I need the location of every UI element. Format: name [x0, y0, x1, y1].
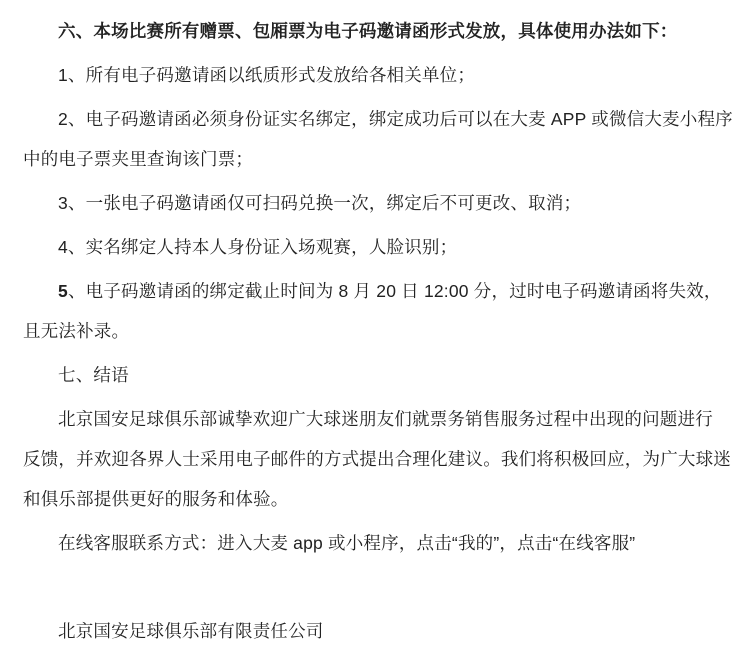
text-line	[23, 567, 727, 607]
bold-item-number: 5	[58, 281, 68, 301]
section-7-heading: 七、结语	[23, 355, 727, 395]
text-line: 和俱乐部提供更好的服务和体验。	[23, 479, 727, 519]
item-1: 1、所有电子码邀请函以纸质形式发放给各相关单位；	[23, 55, 727, 95]
item-2: 2、电子码邀请函必须身份证实名绑定，绑定成功后可以在大麦 APP 或微信大麦小程…	[23, 99, 727, 179]
text-line: 且无法补录。	[23, 311, 727, 351]
document-page: 六、本场比赛所有赠票、包厢票为电子码邀请函形式发放，具体使用办法如下：1、所有电…	[0, 0, 750, 664]
text-line: 北京国安足球俱乐部诚挚欢迎广大球迷朋友们就票务销售服务过程中出现的问题进行	[23, 399, 727, 439]
item-4: 4、实名绑定人持本人身份证入场观赛，人脸识别；	[23, 227, 727, 267]
text-line: 2、电子码邀请函必须身份证实名绑定，绑定成功后可以在大麦 APP 或微信大麦小程…	[23, 99, 727, 139]
section-6-heading: 六、本场比赛所有赠票、包厢票为电子码邀请函形式发放，具体使用办法如下：	[23, 11, 727, 51]
text-run: 、电子码邀请函的绑定截止时间为 8 月 20 日 12:00 分，过时电子码邀请…	[68, 281, 722, 301]
item-5: 5、电子码邀请函的绑定截止时间为 8 月 20 日 12:00 分，过时电子码邀…	[23, 271, 727, 351]
spacer-line	[23, 567, 727, 607]
text-line: 5、电子码邀请函的绑定截止时间为 8 月 20 日 12:00 分，过时电子码邀…	[23, 271, 727, 311]
item-3: 3、一张电子码邀请函仅可扫码兑换一次，绑定后不可更改、取消；	[23, 183, 727, 223]
text-line: 七、结语	[23, 355, 727, 395]
closing-paragraph: 北京国安足球俱乐部诚挚欢迎广大球迷朋友们就票务销售服务过程中出现的问题进行反馈，…	[23, 399, 727, 519]
text-line: 中的电子票夹里查询该门票；	[23, 139, 727, 179]
text-line: 3、一张电子码邀请函仅可扫码兑换一次，绑定后不可更改、取消；	[23, 183, 727, 223]
announcement-document: 六、本场比赛所有赠票、包厢票为电子码邀请函形式发放，具体使用办法如下：1、所有电…	[0, 0, 750, 651]
text-line: 六、本场比赛所有赠票、包厢票为电子码邀请函形式发放，具体使用办法如下：	[23, 11, 727, 51]
company-signature: 北京国安足球俱乐部有限责任公司	[23, 611, 727, 651]
text-line: 在线客服联系方式：进入大麦 app 或小程序，点击“我的”，点击“在线客服”	[23, 523, 727, 563]
text-line: 1、所有电子码邀请函以纸质形式发放给各相关单位；	[23, 55, 727, 95]
customer-service-line: 在线客服联系方式：进入大麦 app 或小程序，点击“我的”，点击“在线客服”	[23, 523, 727, 563]
text-line: 4、实名绑定人持本人身份证入场观赛，人脸识别；	[23, 227, 727, 267]
text-line: 反馈，并欢迎各界人士采用电子邮件的方式提出合理化建议。我们将积极回应，为广大球迷	[23, 439, 727, 479]
text-line: 北京国安足球俱乐部有限责任公司	[23, 611, 727, 651]
